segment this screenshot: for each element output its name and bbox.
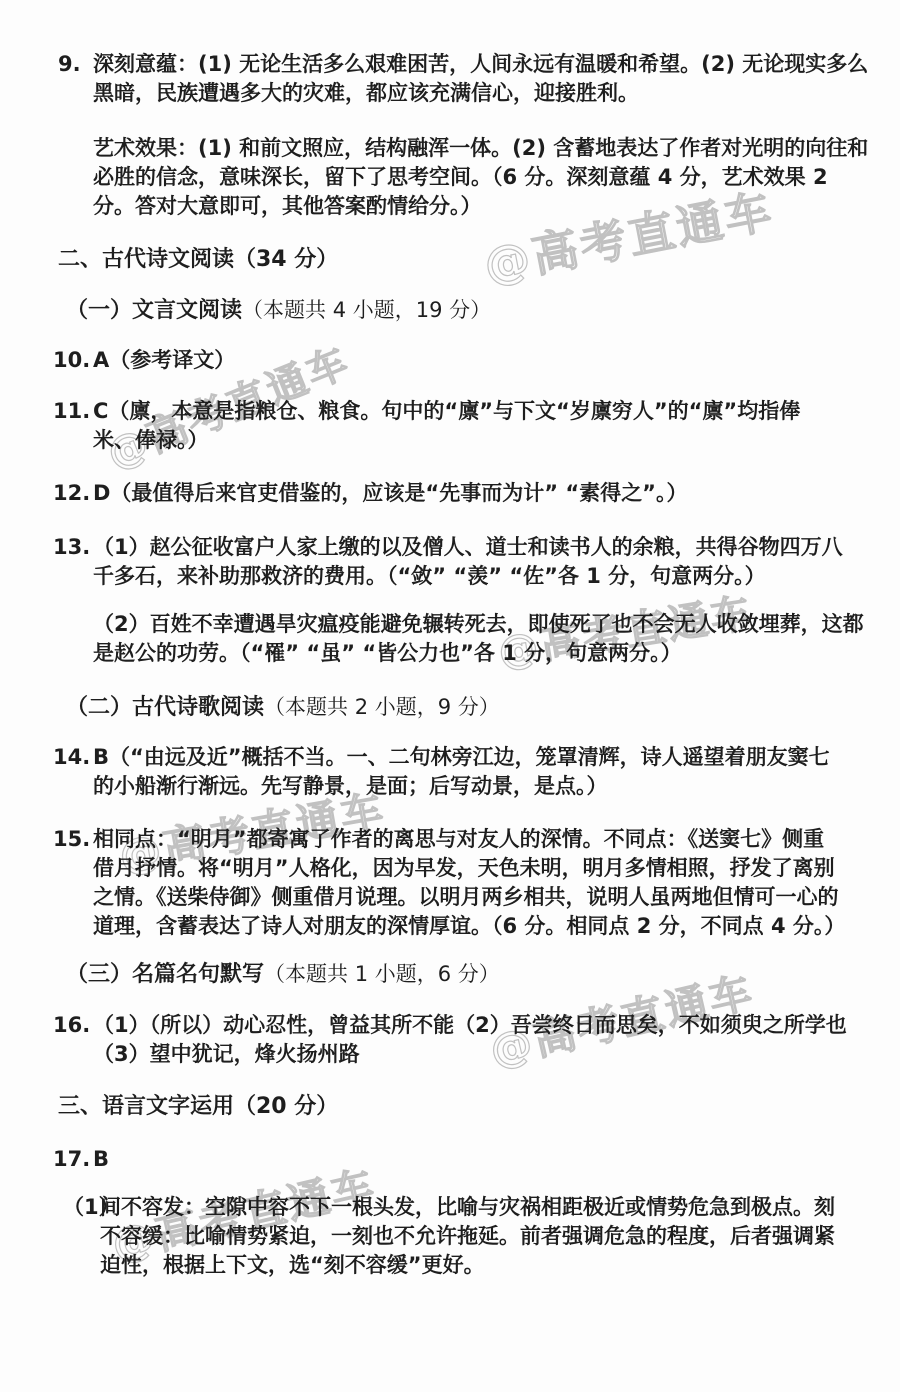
question-17-explanation: （1） 间不容发：空隙中容不下一根头发，比喻与灾祸相距极近或情势危急到极点。刻 … <box>0 1193 900 1280</box>
answer-text-line: B <box>93 1145 900 1174</box>
answer-text-line: 分。答对大意即可，其他答案酌情给分。） <box>93 192 900 221</box>
answer-text-line: D（最值得后来官吏借鉴的，应该是“先事而为计” “素得之”。） <box>93 479 900 508</box>
question-15-answer: 15. 相同点：“明月”都寄寓了作者的离思与对友人的深情。不同点：《送窦七》侧重… <box>0 825 900 941</box>
question-number: 11. <box>53 397 90 426</box>
subsection-title: （二）古代诗歌阅读 <box>66 695 264 720</box>
question-number: 17. <box>53 1145 90 1174</box>
answer-text-line: 之情。《送柴侍御》侧重借月说理。以明月两乡相共，说明人虽两地但情可一心的 <box>93 883 900 912</box>
section-heading-ancient-poetry-prose: 二、古代诗文阅读（34 分） <box>0 245 900 274</box>
question-number: 13. <box>53 533 90 562</box>
answer-text-line: 的小船渐行渐远。先写静景，是面；后写动景，是点。） <box>93 772 900 801</box>
question-9-art-effect-paragraph: 艺术效果：(1) 和前文照应，结构融浑一体。(2) 含蓄地表达了作者对光明的向往… <box>0 134 900 221</box>
answer-text-line: 深刻意蕴：(1) 无论生活多么艰难困苦，人间永远有温暖和希望。(2) 无论现实多… <box>93 50 900 79</box>
answer-text-line: 迫性，根据上下文，选“刻不容缓”更好。 <box>100 1251 900 1280</box>
question-number: 14. <box>53 743 90 772</box>
question-number: 10. <box>53 346 90 375</box>
answer-text-line: （2）百姓不幸遭遇旱灾瘟疫能避免辗转死去，即使死了也不会无人收敛埋葬，这都 <box>93 610 900 639</box>
subsection-score-note: （本题共 1 小题，6 分） <box>264 962 500 986</box>
answer-text-line: C（廪，本意是指粮仓、粮食。句中的“廪”与下文“岁廪穷人”的“廪”均指俸 <box>93 397 900 426</box>
answer-text-line: （3）望中犹记，烽火扬州路 <box>93 1040 900 1069</box>
question-12-answer: 12. D（最值得后来官吏借鉴的，应该是“先事而为计” “素得之”。） <box>0 479 900 508</box>
section-heading-language-use: 三、语言文字运用（20 分） <box>0 1092 900 1121</box>
question-13-answer-part1: 13. （1）赵公征收富户人家上缴的以及僧人、道士和读书人的余粮，共得谷物四万八… <box>0 533 900 591</box>
answer-text-line: 米、俸禄。） <box>93 426 900 455</box>
question-number: 16. <box>53 1011 90 1040</box>
subsection-title: （三）名篇名句默写 <box>66 962 264 987</box>
answer-text-line: 千多石，来补助那救济的费用。（“敛” “羡” “佐”各 1 分，句意两分。） <box>93 562 900 591</box>
answer-text-line: 相同点：“明月”都寄寓了作者的离思与对友人的深情。不同点：《送窦七》侧重 <box>93 825 900 854</box>
answer-text-line: 必胜的信念，意味深长，留下了思考空间。（6 分。深刻意蕴 4 分，艺术效果 2 <box>93 163 900 192</box>
question-number: 15. <box>53 825 90 854</box>
answer-text-line: 艺术效果：(1) 和前文照应，结构融浑一体。(2) 含蓄地表达了作者对光明的向往… <box>93 134 900 163</box>
answer-text-line: 是赵公的功劳。（“罹” “虽” “皆公力也”各 1 分，句意两分。） <box>93 639 900 668</box>
subsection-heading-ancient-poetry: （二）古代诗歌阅读（本题共 2 小题，9 分） <box>0 693 900 722</box>
section-heading-text: 三、语言文字运用（20 分） <box>58 1094 338 1119</box>
section-heading-text: 二、古代诗文阅读（34 分） <box>58 247 338 272</box>
question-9-answer: 9. 深刻意蕴：(1) 无论生活多么艰难困苦，人间永远有温暖和希望。(2) 无论… <box>0 50 900 108</box>
question-number: 12. <box>53 479 90 508</box>
subsection-title: （一）文言文阅读 <box>66 298 242 323</box>
answer-text-line: B（“由远及近”概括不当。一、二句林旁江边，笼罩清辉，诗人遥望着朋友窦七 <box>93 743 900 772</box>
subsection-score-note: （本题共 4 小题，19 分） <box>242 298 491 322</box>
question-11-answer: 11. C（廪，本意是指粮仓、粮食。句中的“廪”与下文“岁廪穷人”的“廪”均指俸… <box>0 397 900 455</box>
answer-text-line: 不容缓：比喻情势紧迫，一刻也不允许拖延。前者强调危急的程度，后者强调紧 <box>100 1222 900 1251</box>
question-number: 9. <box>58 50 81 79</box>
answer-text-line: 黑暗，民族遭遇多大的灾难，都应该充满信心，迎接胜利。 <box>93 79 900 108</box>
question-16-answer: 16. （1）（所以）动心忍性，曾益其所不能（2）吾尝终日而思矣，不如须臾之所学… <box>0 1011 900 1069</box>
question-10-answer: 10. A（参考译文） <box>0 346 900 375</box>
answer-text-line: （1）（所以）动心忍性，曾益其所不能（2）吾尝终日而思矣，不如须臾之所学也 <box>93 1011 900 1040</box>
subsection-score-note: （本题共 2 小题，9 分） <box>264 695 500 719</box>
question-14-answer: 14. B（“由远及近”概括不当。一、二句林旁江边，笼罩清辉，诗人遥望着朋友窦七… <box>0 743 900 801</box>
answer-text-line: 间不容发：空隙中容不下一根头发，比喻与灾祸相距极近或情势危急到极点。刻 <box>100 1193 900 1222</box>
question-13-answer-part2: （2）百姓不幸遭遇旱灾瘟疫能避免辗转死去，即使死了也不会无人收敛埋葬，这都 是赵… <box>0 610 900 668</box>
scanned-answer-key-page: 9. 深刻意蕴：(1) 无论生活多么艰难困苦，人间永远有温暖和希望。(2) 无论… <box>0 0 900 1392</box>
answer-text-line: A（参考译文） <box>93 346 900 375</box>
answer-text-line: （1）赵公征收富户人家上缴的以及僧人、道士和读书人的余粮，共得谷物四万八 <box>93 533 900 562</box>
question-17-answer: 17. B <box>0 1145 900 1174</box>
sub-item-number: （1） <box>63 1193 120 1222</box>
subsection-heading-famous-passages: （三）名篇名句默写（本题共 1 小题，6 分） <box>0 960 900 989</box>
answer-text-line: 借月抒情。将“明月”人格化，因为早发，天色未明，明月多情相照，抒发了离别 <box>93 854 900 883</box>
answer-text-line: 道理，含蓄表达了诗人对朋友的深情厚谊。（6 分。相同点 2 分，不同点 4 分。… <box>93 912 900 941</box>
subsection-heading-classical-chinese: （一）文言文阅读（本题共 4 小题，19 分） <box>0 296 900 325</box>
